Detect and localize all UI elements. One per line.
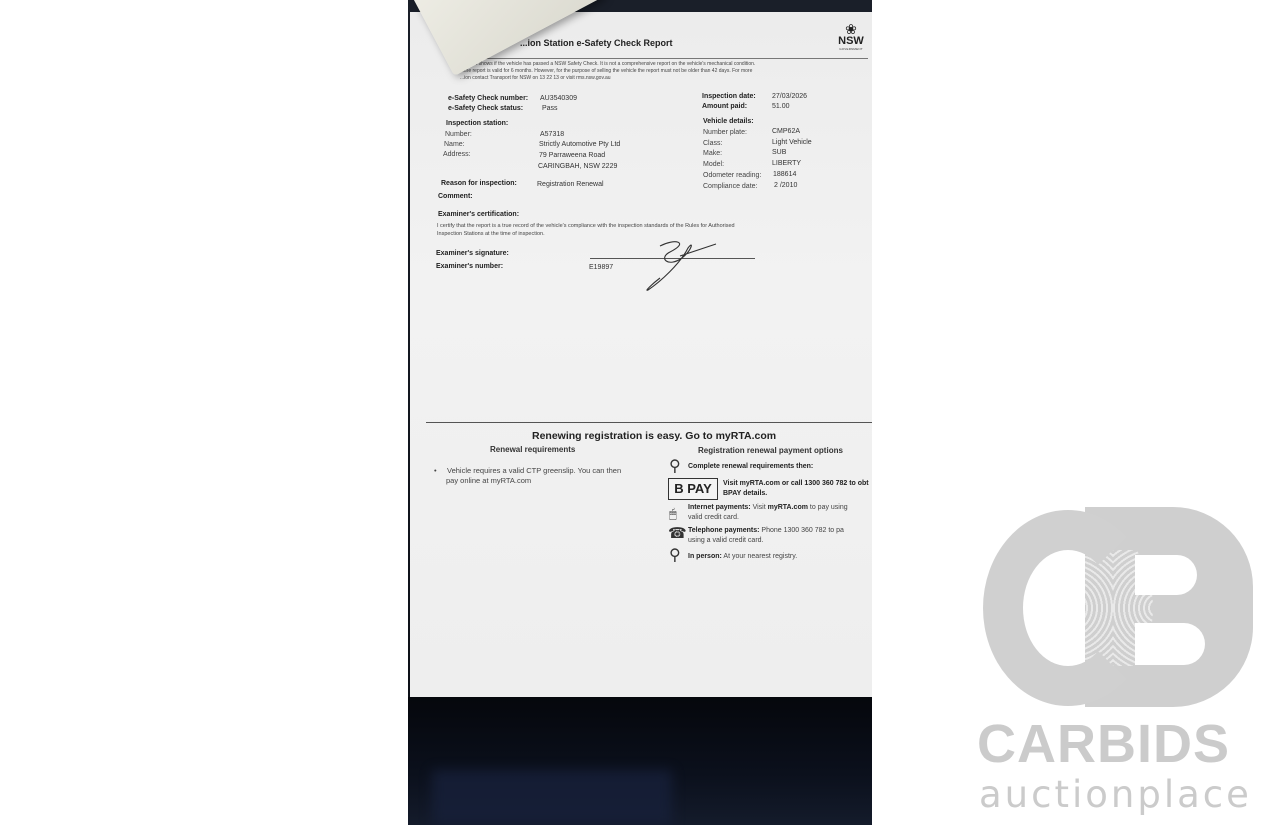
- bpay-line: BPAY details.: [723, 490, 767, 497]
- payment-options-heading: Registration renewal payment options: [698, 446, 843, 455]
- vehicle-class: Light Vehicle: [772, 139, 812, 146]
- intro-line: ...report shows if the vehicle has passe…: [460, 61, 755, 67]
- check-status-label: e-Safety Check status:: [448, 105, 523, 112]
- odometer-label: Odometer reading:: [703, 172, 761, 179]
- reason-label: Reason for inspection:: [441, 180, 517, 187]
- station-address-label: Address:: [443, 151, 471, 158]
- certification-heading: Examiner's certification:: [438, 211, 519, 218]
- station-address-line2: CARINGBAH, NSW 2229: [538, 163, 617, 170]
- telephone-icon: ☎: [668, 524, 687, 542]
- person-icon: ⚲: [669, 545, 681, 565]
- fingerprint-c-icon: [983, 510, 1153, 706]
- station-heading: Inspection station:: [446, 120, 508, 127]
- inspection-date-label: Inspection date:: [702, 93, 756, 100]
- carbids-watermark: CARBIDS auctionplace: [975, 505, 1260, 815]
- comment-label: Comment:: [438, 193, 473, 200]
- model-label: Model:: [703, 161, 724, 168]
- requirement-line: Vehicle requires a valid CTP greenslip. …: [447, 466, 621, 475]
- in-person: In person: At your nearest registry.: [688, 553, 797, 560]
- nsw-government-logo: ❀ NSW GOVERNMENT: [834, 22, 868, 51]
- brand-name: CARBIDS: [977, 713, 1230, 775]
- station-name-label: Name:: [444, 141, 465, 148]
- amount-paid-label: Amount paid:: [702, 103, 747, 110]
- odometer-reading: 188614: [773, 171, 796, 178]
- internet-payments: Internet payments: Visit myRTA.com to pa…: [688, 504, 848, 511]
- inspection-date: 27/03/2026: [772, 93, 807, 100]
- intro-line: ...the report is valid for 6 months. How…: [460, 68, 752, 74]
- compliance-date: 2 /2010: [774, 182, 797, 189]
- reason: Registration Renewal: [537, 181, 604, 188]
- internet-payments-line2: valid credit card.: [688, 514, 739, 521]
- header-rule: [448, 58, 868, 59]
- plate-label: Number plate:: [703, 129, 747, 136]
- waratah-icon: ❀: [834, 22, 868, 36]
- person-icon: ⚲: [669, 456, 681, 476]
- document-photo: ...ion Station e-Safety Check Report ❀ N…: [408, 0, 872, 825]
- amount-paid: 51.00: [772, 103, 790, 110]
- vehicle-model: LIBERTY: [772, 160, 801, 167]
- telephone-payments-line2: using a valid credit card.: [688, 537, 763, 544]
- check-number: AU3540309: [540, 95, 577, 102]
- number-plate: CMP62A: [772, 128, 800, 135]
- station-address-line1: 79 Parraweena Road: [539, 152, 605, 159]
- certification-line: Inspection Stations at the time of inspe…: [437, 231, 545, 237]
- report-title: ...ion Station e-Safety Check Report: [520, 38, 673, 48]
- intro-line: ...ion contact Transport for NSW on 13 2…: [460, 75, 611, 81]
- complete-requirements: Complete renewal requirements then:: [688, 463, 813, 470]
- check-number-label: e-Safety Check number:: [448, 95, 528, 102]
- certification-line: I certify that the report is a true reco…: [437, 223, 735, 229]
- compliance-label: Compliance date:: [703, 183, 757, 190]
- station-name: Strictly Automotive Pty Ltd: [539, 141, 620, 148]
- telephone-payments: Telephone payments: Phone 1300 360 782 t…: [688, 527, 844, 534]
- brand-subtitle: auctionplace: [979, 773, 1252, 816]
- station-number-label: Number:: [445, 131, 472, 138]
- requirement-line: pay online at myRTA.com: [446, 476, 531, 485]
- check-status: Pass: [542, 105, 558, 112]
- desk-reflection: [432, 770, 672, 825]
- bullet-icon: •: [434, 466, 437, 475]
- section-divider: [426, 422, 872, 423]
- make-label: Make:: [703, 150, 722, 157]
- safety-check-report: ...ion Station e-Safety Check Report ❀ N…: [410, 12, 872, 697]
- bpay-logo: B PAY: [668, 478, 718, 500]
- vehicle-make: SUB: [772, 149, 786, 156]
- station-number: A57318: [540, 131, 564, 138]
- signature-label: Examiner's signature:: [436, 250, 509, 257]
- renewal-requirements-heading: Renewal requirements: [490, 445, 575, 454]
- mouse-icon: 🖱: [669, 506, 677, 522]
- bpay-line: Visit myRTA.com or call 1300 360 782 to …: [723, 480, 869, 487]
- class-label: Class:: [703, 140, 722, 147]
- examiner-number-label: Examiner's number:: [436, 263, 503, 270]
- renewal-banner: Renewing registration is easy. Go to myR…: [532, 430, 776, 442]
- examiner-number: E19897: [589, 264, 613, 271]
- vehicle-heading: Vehicle details:: [703, 118, 754, 125]
